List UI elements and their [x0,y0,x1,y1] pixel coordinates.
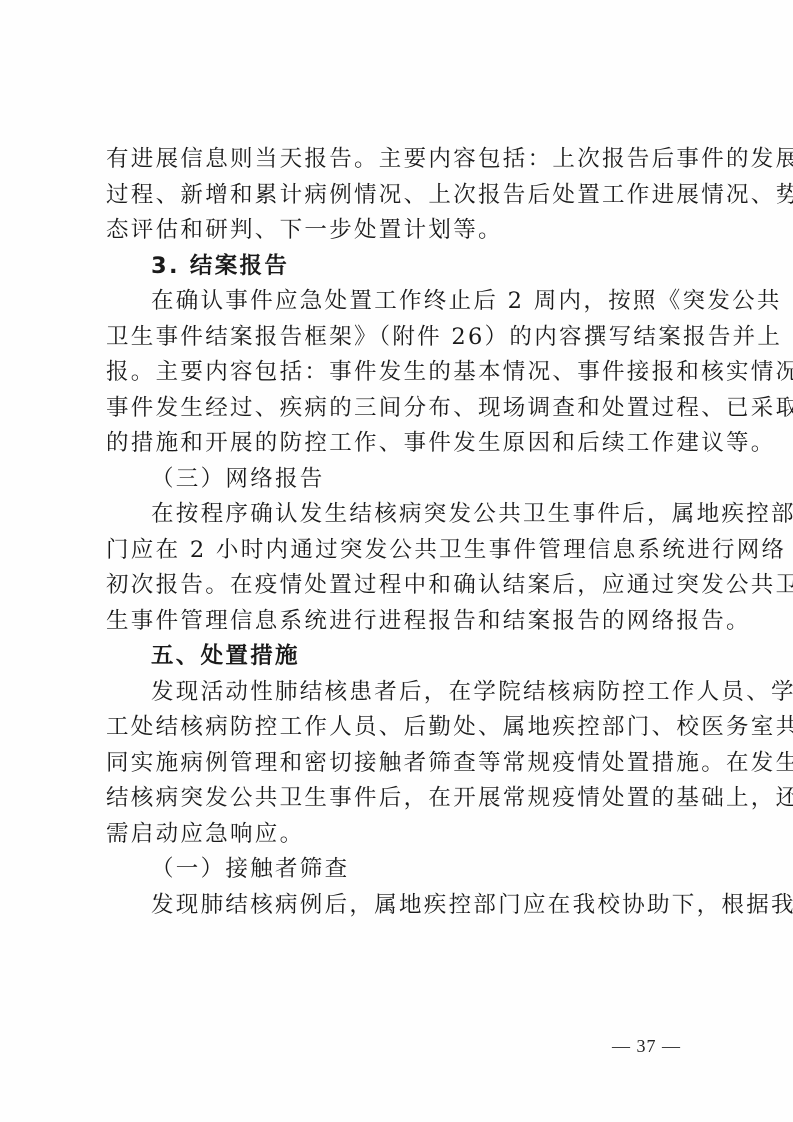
paragraph-line: 报。主要内容包括：事件发生的基本情况、事件接报和核实情况、 [106,355,696,391]
paragraph-line: 需启动应急响应。 [106,817,696,853]
section-heading-contact-screening: （一）接触者筛查 [106,852,696,888]
paragraph-line: 初次报告。在疫情处置过程中和确认结案后，应通过突发公共卫 [106,568,696,604]
paragraph-line: 结核病突发公共卫生事件后，在开展常规疫情处置的基础上，还 [106,781,696,817]
paragraph-line: 发现肺结核病例后，属地疾控部门应在我校协助下，根据我 [106,888,696,924]
paragraph-line: 生事件管理信息系统进行进程报告和结案报告的网络报告。 [106,604,696,640]
paragraph-line: 卫生事件结案报告框架》（附件 26）的内容撰写结案报告并上 [106,320,696,356]
page-number: — 37 — [612,1036,681,1057]
document-page: 有进展信息则当天报告。主要内容包括：上次报告后事件的发展 过程、新增和累计病例情… [0,0,793,1122]
paragraph-line: 态评估和研判、下一步处置计划等。 [106,213,696,249]
paragraph-line: 同实施病例管理和密切接触者筛查等常规疫情处置措施。在发生 [106,746,696,782]
paragraph-line: 的措施和开展的防控工作、事件发生原因和后续工作建议等。 [106,426,696,462]
paragraph-line: 工处结核病防控工作人员、后勤处、属地疾控部门、校医务室共 [106,710,696,746]
paragraph-line: 过程、新增和累计病例情况、上次报告后处置工作进展情况、势 [106,178,696,214]
paragraph-line: 门应在 2 小时内通过突发公共卫生事件管理信息系统进行网络 [106,533,696,569]
paragraph-line: 有进展信息则当天报告。主要内容包括：上次报告后事件的发展 [106,142,696,178]
paragraph-line: 事件发生经过、疾病的三间分布、现场调查和处置过程、已采取 [106,391,696,427]
section-heading-network-report: （三）网络报告 [106,462,696,498]
section-heading-closing-report: 3. 结案报告 [106,249,696,285]
section-heading-response-measures: 五、处置措施 [106,639,696,675]
document-body: 有进展信息则当天报告。主要内容包括：上次报告后事件的发展 过程、新增和累计病例情… [106,142,696,923]
paragraph-line: 在确认事件应急处置工作终止后 2 周内，按照《突发公共 [106,284,696,320]
paragraph-line: 在按程序确认发生结核病突发公共卫生事件后，属地疾控部 [106,497,696,533]
paragraph-line: 发现活动性肺结核患者后，在学院结核病防控工作人员、学 [106,675,696,711]
